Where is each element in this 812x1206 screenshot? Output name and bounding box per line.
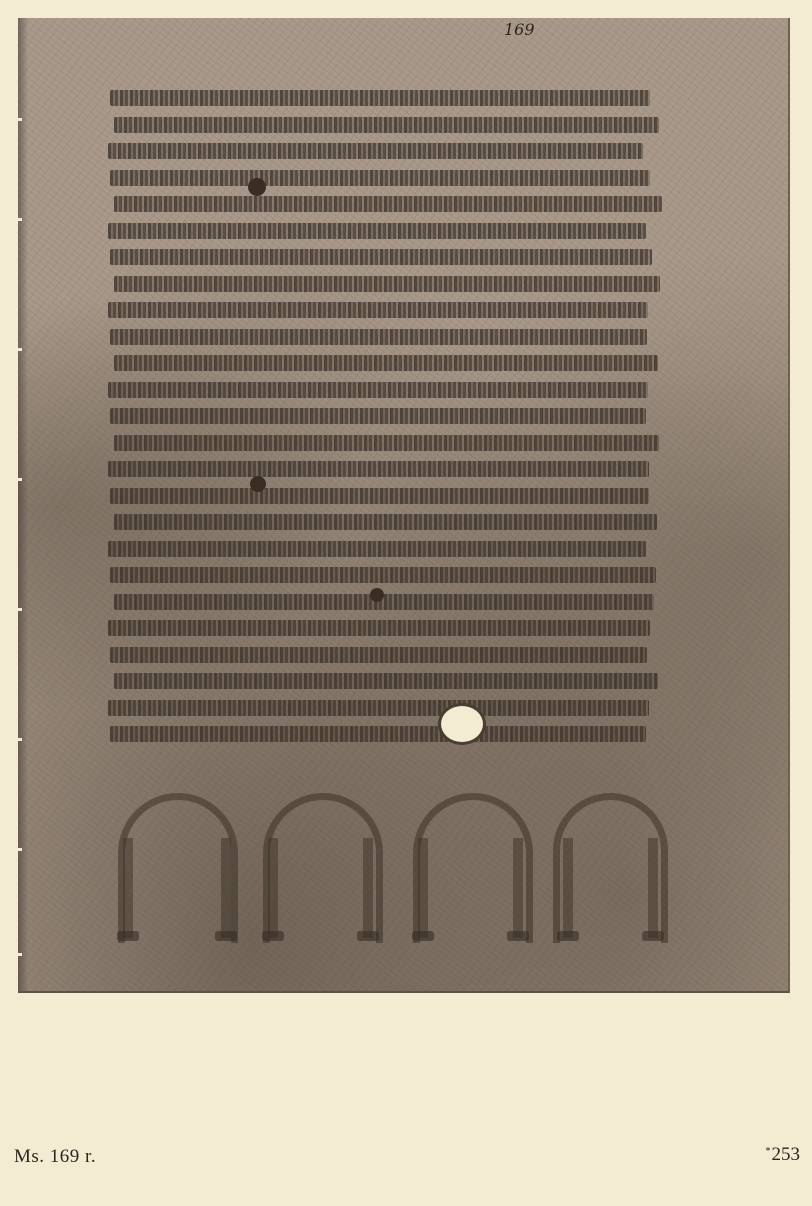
binding-edge: [18, 18, 28, 991]
column: [648, 838, 658, 938]
text-line: [110, 329, 647, 345]
binding-stitch: [14, 848, 22, 851]
text-line: [110, 408, 646, 424]
arcade-decoration: [113, 793, 673, 953]
text-line: [108, 382, 648, 398]
binding-stitch: [14, 118, 22, 121]
folio-number: 169: [504, 20, 535, 39]
text-line: [108, 461, 649, 477]
text-line: [110, 726, 646, 742]
text-line: [114, 276, 660, 292]
text-line: [114, 196, 662, 212]
plate-number: *253: [766, 1144, 801, 1166]
text-line: [110, 249, 652, 265]
column-base: [412, 931, 434, 941]
column-base: [507, 931, 529, 941]
ink-blot: [248, 178, 266, 196]
ink-blot: [250, 476, 266, 492]
column-base: [357, 931, 379, 941]
column: [513, 838, 523, 938]
text-line: [108, 541, 646, 557]
column: [221, 838, 231, 938]
text-line: [108, 143, 643, 159]
text-line: [110, 90, 650, 106]
column: [363, 838, 373, 938]
text-line: [108, 700, 649, 716]
text-line: [108, 302, 648, 318]
column: [418, 838, 428, 938]
binding-stitch: [14, 348, 22, 351]
column-base: [557, 931, 579, 941]
column: [563, 838, 573, 938]
column-base: [215, 931, 237, 941]
column: [123, 838, 133, 938]
asterisk-mark: *: [766, 1146, 771, 1157]
text-line: [114, 514, 657, 530]
ink-blot: [370, 588, 384, 602]
text-line: [114, 355, 658, 371]
text-line: [110, 647, 647, 663]
text-line: [108, 620, 650, 636]
binding-stitch: [14, 218, 22, 221]
manuscript-caption: Ms. 169 r.: [14, 1146, 96, 1168]
plate-number-value: 253: [772, 1144, 801, 1165]
manuscript-plate: 169: [18, 18, 790, 993]
text-line: [110, 567, 656, 583]
text-line: [114, 435, 659, 451]
column: [268, 838, 278, 938]
text-line: [114, 117, 659, 133]
column-base: [262, 931, 284, 941]
parchment-hole: [441, 706, 483, 742]
binding-stitch: [14, 953, 22, 956]
text-line: [108, 223, 646, 239]
text-line: [110, 488, 649, 504]
binding-stitch: [14, 738, 22, 741]
arch: [118, 793, 238, 943]
column-base: [642, 931, 664, 941]
binding-stitch: [14, 608, 22, 611]
binding-stitch: [14, 478, 22, 481]
column-base: [117, 931, 139, 941]
text-line: [114, 673, 658, 689]
text-line: [110, 170, 650, 186]
manuscript-text-block: [108, 90, 648, 760]
text-line: [114, 594, 654, 610]
